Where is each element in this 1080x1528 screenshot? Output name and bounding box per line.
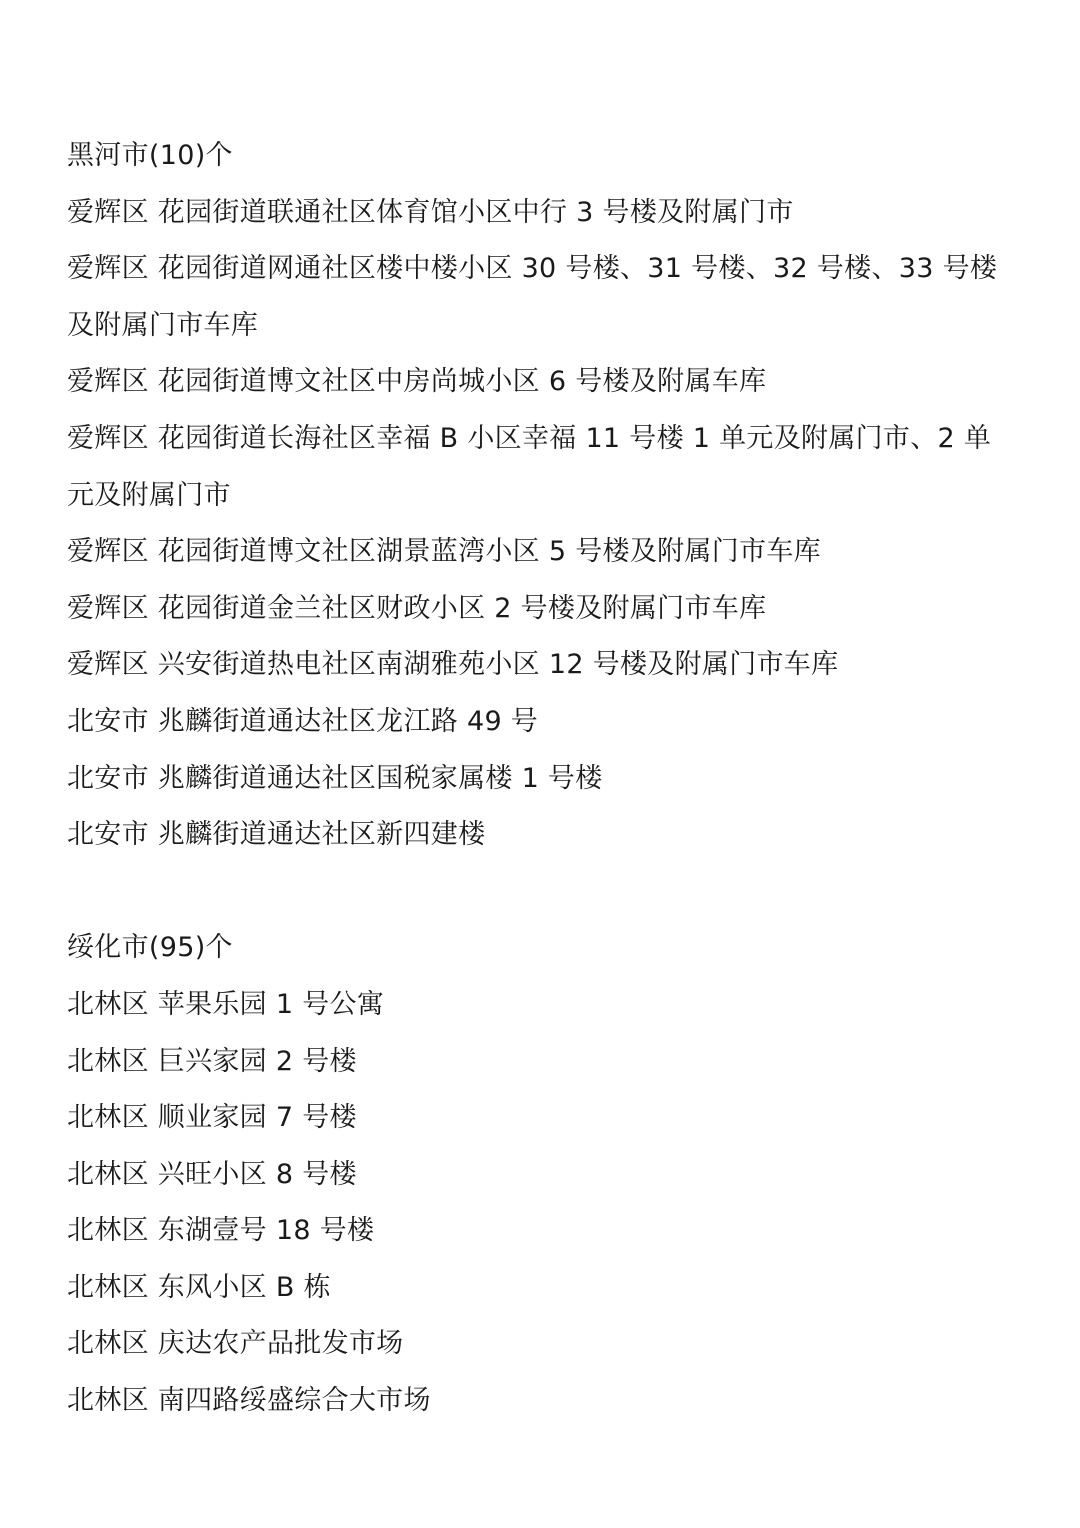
list-item: 北林区 兴旺小区 8 号楼 xyxy=(67,1147,1027,1204)
list-item: 爱辉区 花园街道博文社区湖景蓝湾小区 5 号楼及附属门市车库 xyxy=(67,524,1027,581)
list-item: 北安市 兆麟街道通达社区新四建楼 xyxy=(67,807,1027,864)
entry-line: 爱辉区 花园街道博文社区湖景蓝湾小区 5 号楼及附属门市车库 xyxy=(67,524,1027,581)
list-item: 爱辉区 花园街道联通社区体育馆小区中行 3 号楼及附属门市 xyxy=(67,185,1027,242)
list-item: 北林区 东湖壹号 18 号楼 xyxy=(67,1203,1027,1260)
list-item: 爱辉区 兴安街道热电社区南湖雅苑小区 12 号楼及附属门市车库 xyxy=(67,637,1027,694)
entry-line: 北林区 东湖壹号 18 号楼 xyxy=(67,1203,1027,1260)
entry-line: 爱辉区 花园街道联通社区体育馆小区中行 3 号楼及附属门市 xyxy=(67,185,1027,242)
entry-line: 北林区 顺业家园 7 号楼 xyxy=(67,1090,1027,1147)
entry-line: 爱辉区 花园街道网通社区楼中楼小区 30 号楼、31 号楼、32 号楼、33 号… xyxy=(67,241,1027,298)
list-item: 北林区 东风小区 B 栋 xyxy=(67,1260,1027,1317)
entry-line: 爱辉区 兴安街道热电社区南湖雅苑小区 12 号楼及附属门市车库 xyxy=(67,637,1027,694)
entry-line: 爱辉区 花园街道长海社区幸福 B 小区幸福 11 号楼 1 单元及附属门市、2 … xyxy=(67,411,1027,468)
list-item: 爱辉区 花园街道网通社区楼中楼小区 30 号楼、31 号楼、32 号楼、33 号… xyxy=(67,241,1027,354)
section-heading: 黑河市(10)个 xyxy=(67,128,1027,185)
entry-line: 爱辉区 花园街道金兰社区财政小区 2 号楼及附属门市车库 xyxy=(67,581,1027,638)
entry-line-continued: 及附属门市车库 xyxy=(67,298,1027,355)
list-item: 北林区 南四路绥盛综合大市场 xyxy=(67,1373,1027,1430)
entry-line: 北安市 兆麟街道通达社区国税家属楼 1 号楼 xyxy=(67,751,1027,808)
list-item: 北林区 巨兴家园 2 号楼 xyxy=(67,1034,1027,1091)
list-item: 北安市 兆麟街道通达社区龙江路 49 号 xyxy=(67,694,1027,751)
section-heading: 绥化市(95)个 xyxy=(67,920,1027,977)
document-page: 黑河市(10)个 爱辉区 花园街道联通社区体育馆小区中行 3 号楼及附属门市 爱… xyxy=(67,128,1027,1430)
entry-line: 爱辉区 花园街道博文社区中房尚城小区 6 号楼及附属车库 xyxy=(67,354,1027,411)
list-item: 北林区 苹果乐园 1 号公寓 xyxy=(67,977,1027,1034)
entry-line: 北林区 南四路绥盛综合大市场 xyxy=(67,1373,1027,1430)
entry-line: 北安市 兆麟街道通达社区龙江路 49 号 xyxy=(67,694,1027,751)
entry-line: 北林区 东风小区 B 栋 xyxy=(67,1260,1027,1317)
section-suihua: 绥化市(95)个 北林区 苹果乐园 1 号公寓 北林区 巨兴家园 2 号楼 北林… xyxy=(67,920,1027,1429)
entry-line: 北林区 巨兴家园 2 号楼 xyxy=(67,1034,1027,1091)
list-item: 北安市 兆麟街道通达社区国税家属楼 1 号楼 xyxy=(67,751,1027,808)
entry-line-continued: 元及附属门市 xyxy=(67,468,1027,525)
entry-line: 北林区 苹果乐园 1 号公寓 xyxy=(67,977,1027,1034)
entry-line: 北林区 兴旺小区 8 号楼 xyxy=(67,1147,1027,1204)
list-item: 爱辉区 花园街道博文社区中房尚城小区 6 号楼及附属车库 xyxy=(67,354,1027,411)
list-item: 爱辉区 花园街道长海社区幸福 B 小区幸福 11 号楼 1 单元及附属门市、2 … xyxy=(67,411,1027,524)
entry-line: 北林区 庆达农产品批发市场 xyxy=(67,1316,1027,1373)
list-item: 北林区 顺业家园 7 号楼 xyxy=(67,1090,1027,1147)
list-item: 爱辉区 花园街道金兰社区财政小区 2 号楼及附属门市车库 xyxy=(67,581,1027,638)
list-item: 北林区 庆达农产品批发市场 xyxy=(67,1316,1027,1373)
section-spacer xyxy=(67,864,1027,921)
entry-line: 北安市 兆麟街道通达社区新四建楼 xyxy=(67,807,1027,864)
section-heihe: 黑河市(10)个 爱辉区 花园街道联通社区体育馆小区中行 3 号楼及附属门市 爱… xyxy=(67,128,1027,864)
